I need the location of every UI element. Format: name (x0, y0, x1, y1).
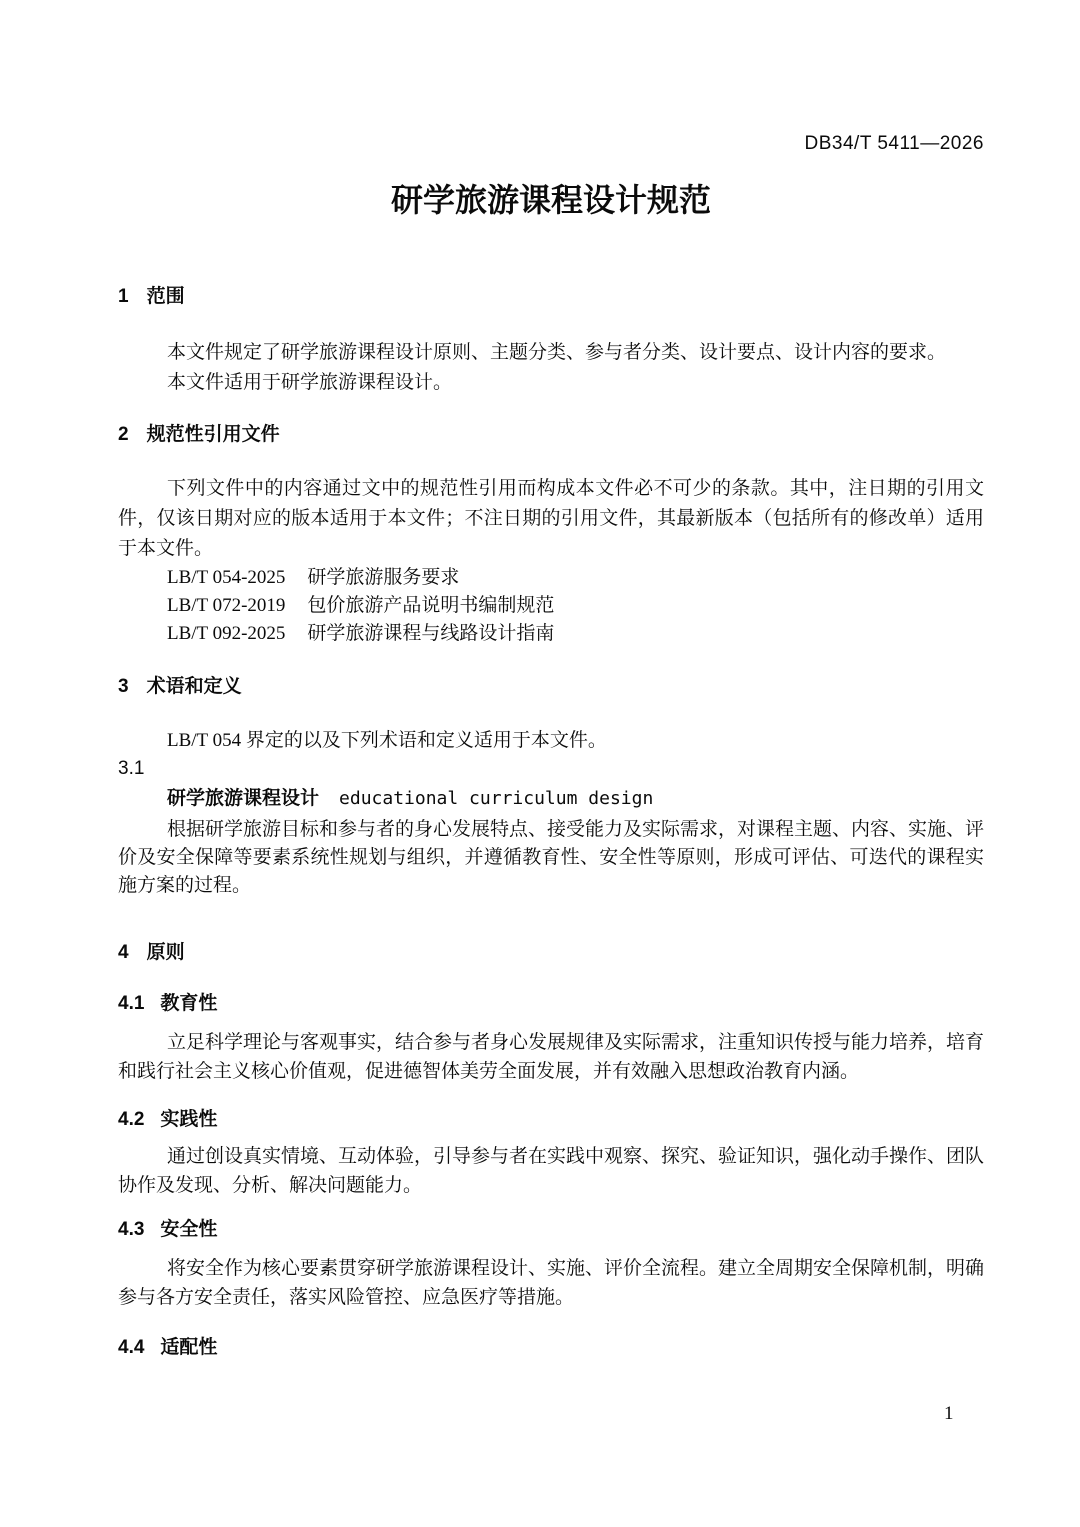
term-name-en: educational curriculum design (339, 788, 653, 809)
reference-code: LB/T 054-2025 (167, 567, 285, 588)
subclause-number: 4.4 (118, 1337, 144, 1358)
reference-name: 研学旅游课程与线路设计指南 (307, 623, 554, 644)
paragraph-normative-intro: 下列文件中的内容通过文中的规范性引用而构成本文件必不可少的条款。其中，注日期的引… (118, 474, 984, 564)
paragraph-terms-intro: LB/T 054 界定的以及下列术语和定义适用于本文件。 (118, 726, 984, 756)
paragraph-practical: 通过创设真实情境、互动体验，引导参与者在实践中观察、探究、验证知识，强化动手操作… (118, 1142, 984, 1200)
clause-title: 规范性引用文件 (147, 424, 280, 445)
reference-code: LB/T 072-2019 (167, 595, 285, 616)
subclause-title: 适配性 (160, 1337, 217, 1358)
subclause-number: 4.3 (118, 1219, 144, 1240)
subclause-title: 实践性 (160, 1109, 217, 1130)
clause-number: 4 (118, 942, 129, 963)
reference-name: 包价旅游产品说明书编制规范 (307, 595, 554, 616)
clause-number: 1 (118, 286, 129, 307)
subclause-4-1-heading: 4.1教育性 (118, 992, 984, 1016)
clause-3-heading: 3术语和定义 (118, 674, 984, 700)
paragraph-educational: 立足科学理论与客观事实，结合参与者身心发展规律及实际需求，注重知识传授与能力培养… (118, 1028, 984, 1086)
clause-number: 2 (118, 424, 129, 445)
paragraph-scope-1: 本文件规定了研学旅游课程设计原则、主题分类、参与者分类、设计要点、设计内容的要求… (118, 338, 984, 368)
standard-number: DB34/T 5411—2026 (118, 132, 984, 156)
subclause-4-2-heading: 4.2实践性 (118, 1108, 984, 1132)
reference-item: LB/T 072-2019包价旅游产品说明书编制规范 (118, 592, 984, 620)
clause-4-heading: 4原则 (118, 940, 984, 966)
reference-name: 研学旅游服务要求 (307, 567, 459, 588)
term-entry: 研学旅游课程设计educational curriculum design (118, 785, 984, 813)
subclause-4-4-heading: 4.4适配性 (118, 1336, 984, 1360)
term-name-zh: 研学旅游课程设计 (167, 788, 319, 809)
reference-code: LB/T 092-2025 (167, 623, 285, 644)
page-number: 1 (944, 1402, 954, 1426)
document-title: 研学旅游课程设计规范 (118, 178, 984, 222)
subclause-number: 4.2 (118, 1109, 144, 1130)
clause-title: 范围 (147, 286, 185, 307)
term-definition: 根据研学旅游目标和参与者的身心发展特点、接受能力及实际需求，对课程主题、内容、实… (118, 816, 984, 900)
subclause-title: 教育性 (160, 993, 217, 1014)
clause-2-heading: 2规范性引用文件 (118, 422, 984, 448)
paragraph-scope-2: 本文件适用于研学旅游课程设计。 (118, 368, 984, 398)
reference-item: LB/T 092-2025研学旅游课程与线路设计指南 (118, 620, 984, 648)
clause-title: 术语和定义 (147, 676, 242, 697)
term-number: 3.1 (118, 756, 984, 782)
subclause-4-3-heading: 4.3安全性 (118, 1218, 984, 1242)
clause-title: 原则 (147, 942, 185, 963)
document-page: DB34/T 5411—2026 研学旅游课程设计规范 1范围 本文件规定了研学… (0, 0, 1080, 1527)
subclause-number: 4.1 (118, 993, 144, 1014)
subclause-title: 安全性 (160, 1219, 217, 1240)
paragraph-safety: 将安全作为核心要素贯穿研学旅游课程设计、实施、评价全流程。建立全周期安全保障机制… (118, 1254, 984, 1312)
reference-item: LB/T 054-2025研学旅游服务要求 (118, 564, 984, 592)
page-content: DB34/T 5411—2026 研学旅游课程设计规范 1范围 本文件规定了研学… (0, 0, 1080, 1360)
clause-number: 3 (118, 676, 129, 697)
clause-1-heading: 1范围 (118, 284, 984, 310)
